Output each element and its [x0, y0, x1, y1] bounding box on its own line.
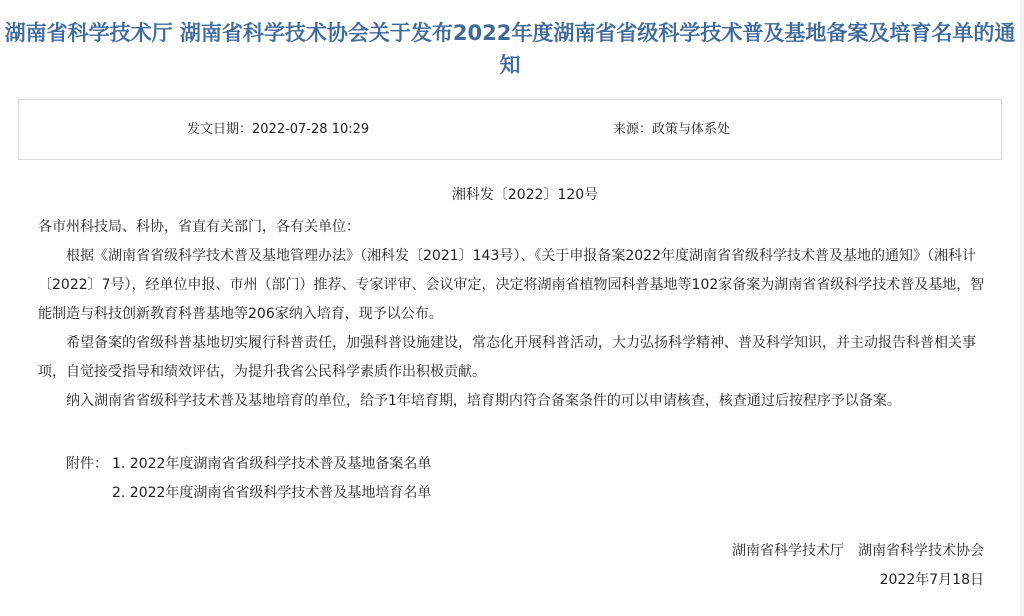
publish-date-label: 发文日期：	[187, 122, 252, 137]
source-value: 政策与体系处	[652, 122, 730, 137]
attachment-item-2[interactable]: 2. 2022年度湖南省省级科学技术普及基地培育名单	[112, 479, 431, 508]
source-label: 来源：	[613, 122, 652, 137]
notice-page: 湖南省科学技术厅 湖南省科学技术协会关于发布2022年度湖南省省级科学技术普及基…	[0, 0, 1024, 616]
signature-org-1: 湖南省科学技术厅	[732, 543, 844, 559]
source: 来源：政策与体系处	[613, 121, 730, 139]
document-body: 各市州科技局、科协，省直有关部门，各有关单位： 根据《湖南省省级科学技术普及基地…	[38, 213, 988, 416]
paragraph-2: 希望备案的省级科普基地切实履行科普责任，加强科普设施建设，常态化开展科普活动，大…	[38, 329, 988, 387]
document-number: 湘科发〔2022〕120号	[0, 185, 1020, 205]
publish-date-value: 2022-07-28 10:29	[252, 122, 369, 137]
publish-date: 发文日期：2022-07-28 10:29	[187, 121, 369, 139]
signature-date: 2022年7月18日	[732, 566, 984, 595]
signature-org-2: 湖南省科学技术协会	[858, 543, 984, 559]
attachment-item-1[interactable]: 1. 2022年度湖南省省级科学技术普及基地备案名单	[112, 450, 431, 479]
attachment-row: 附件： 1. 2022年度湖南省省级科学技术普及基地备案名单	[66, 450, 431, 479]
page-title: 湖南省科学技术厅 湖南省科学技术协会关于发布2022年度湖南省省级科学技术普及基…	[0, 17, 1020, 81]
paragraph-3: 纳入湖南省省级科学技术普及基地培育的单位，给予1年培育期，培育期内符合备案条件的…	[38, 387, 988, 416]
paragraph-1: 根据《湖南省省级科学技术普及基地管理办法》（湘科发〔2021〕143号）、《关于…	[38, 242, 988, 329]
signature-orgs: 湖南省科学技术厅湖南省科学技术协会	[732, 537, 984, 566]
scrollbar-track[interactable]	[1020, 0, 1024, 616]
meta-info-box: 发文日期：2022-07-28 10:29 来源：政策与体系处	[18, 99, 1002, 160]
signature-block: 湖南省科学技术厅湖南省科学技术协会 2022年7月18日	[732, 537, 984, 595]
attachments-list: 附件： 1. 2022年度湖南省省级科学技术普及基地备案名单 2. 2022年度…	[66, 450, 431, 508]
salutation: 各市州科技局、科协，省直有关部门，各有关单位：	[38, 213, 988, 242]
attachments-label-spacer	[66, 479, 112, 508]
attachments-label: 附件：	[66, 450, 112, 479]
attachment-row: 2. 2022年度湖南省省级科学技术普及基地培育名单	[66, 479, 431, 508]
